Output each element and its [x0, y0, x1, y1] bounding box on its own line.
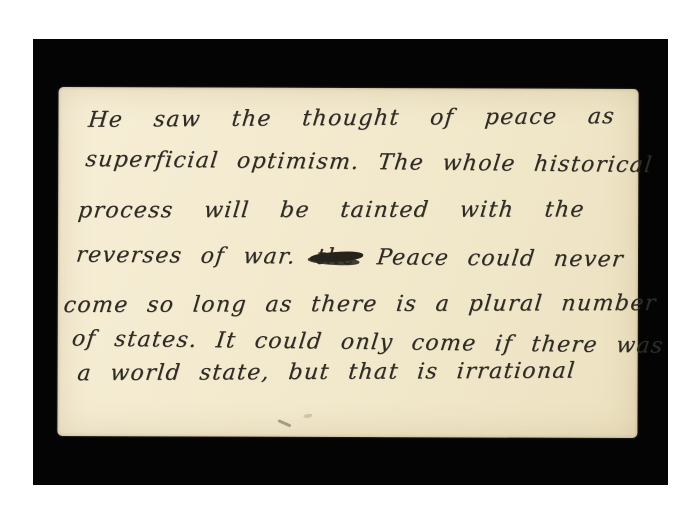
- handwriting-line-5: come so long as there is a plural number: [62, 291, 658, 318]
- black-mat: He saw the thought of peace as superfici…: [33, 39, 668, 485]
- paper-smudge: [303, 413, 313, 418]
- line-4-before-strike: reverses of war.: [75, 243, 298, 270]
- scribbled-out-word: the: [313, 245, 360, 270]
- handwriting-line-1: He saw the thought of peace as: [87, 104, 616, 133]
- handwritten-index-card: He saw the thought of peace as superfici…: [57, 87, 638, 438]
- handwriting-line-4: reverses of war. the Peace could never: [75, 243, 626, 273]
- handwriting-line-2: superficial optimism. The whole historic…: [84, 147, 654, 178]
- stray-ink-mark: [277, 419, 291, 427]
- photo-scan: He saw the thought of peace as superfici…: [0, 0, 700, 525]
- handwriting-line-6: of states. It could only come if there w…: [71, 326, 666, 358]
- handwriting-line-3: process will be tainted with the: [77, 198, 586, 224]
- line-4-after-strike: Peace could never: [376, 245, 626, 272]
- handwriting-line-7: a world state, but that is irrational: [76, 359, 577, 387]
